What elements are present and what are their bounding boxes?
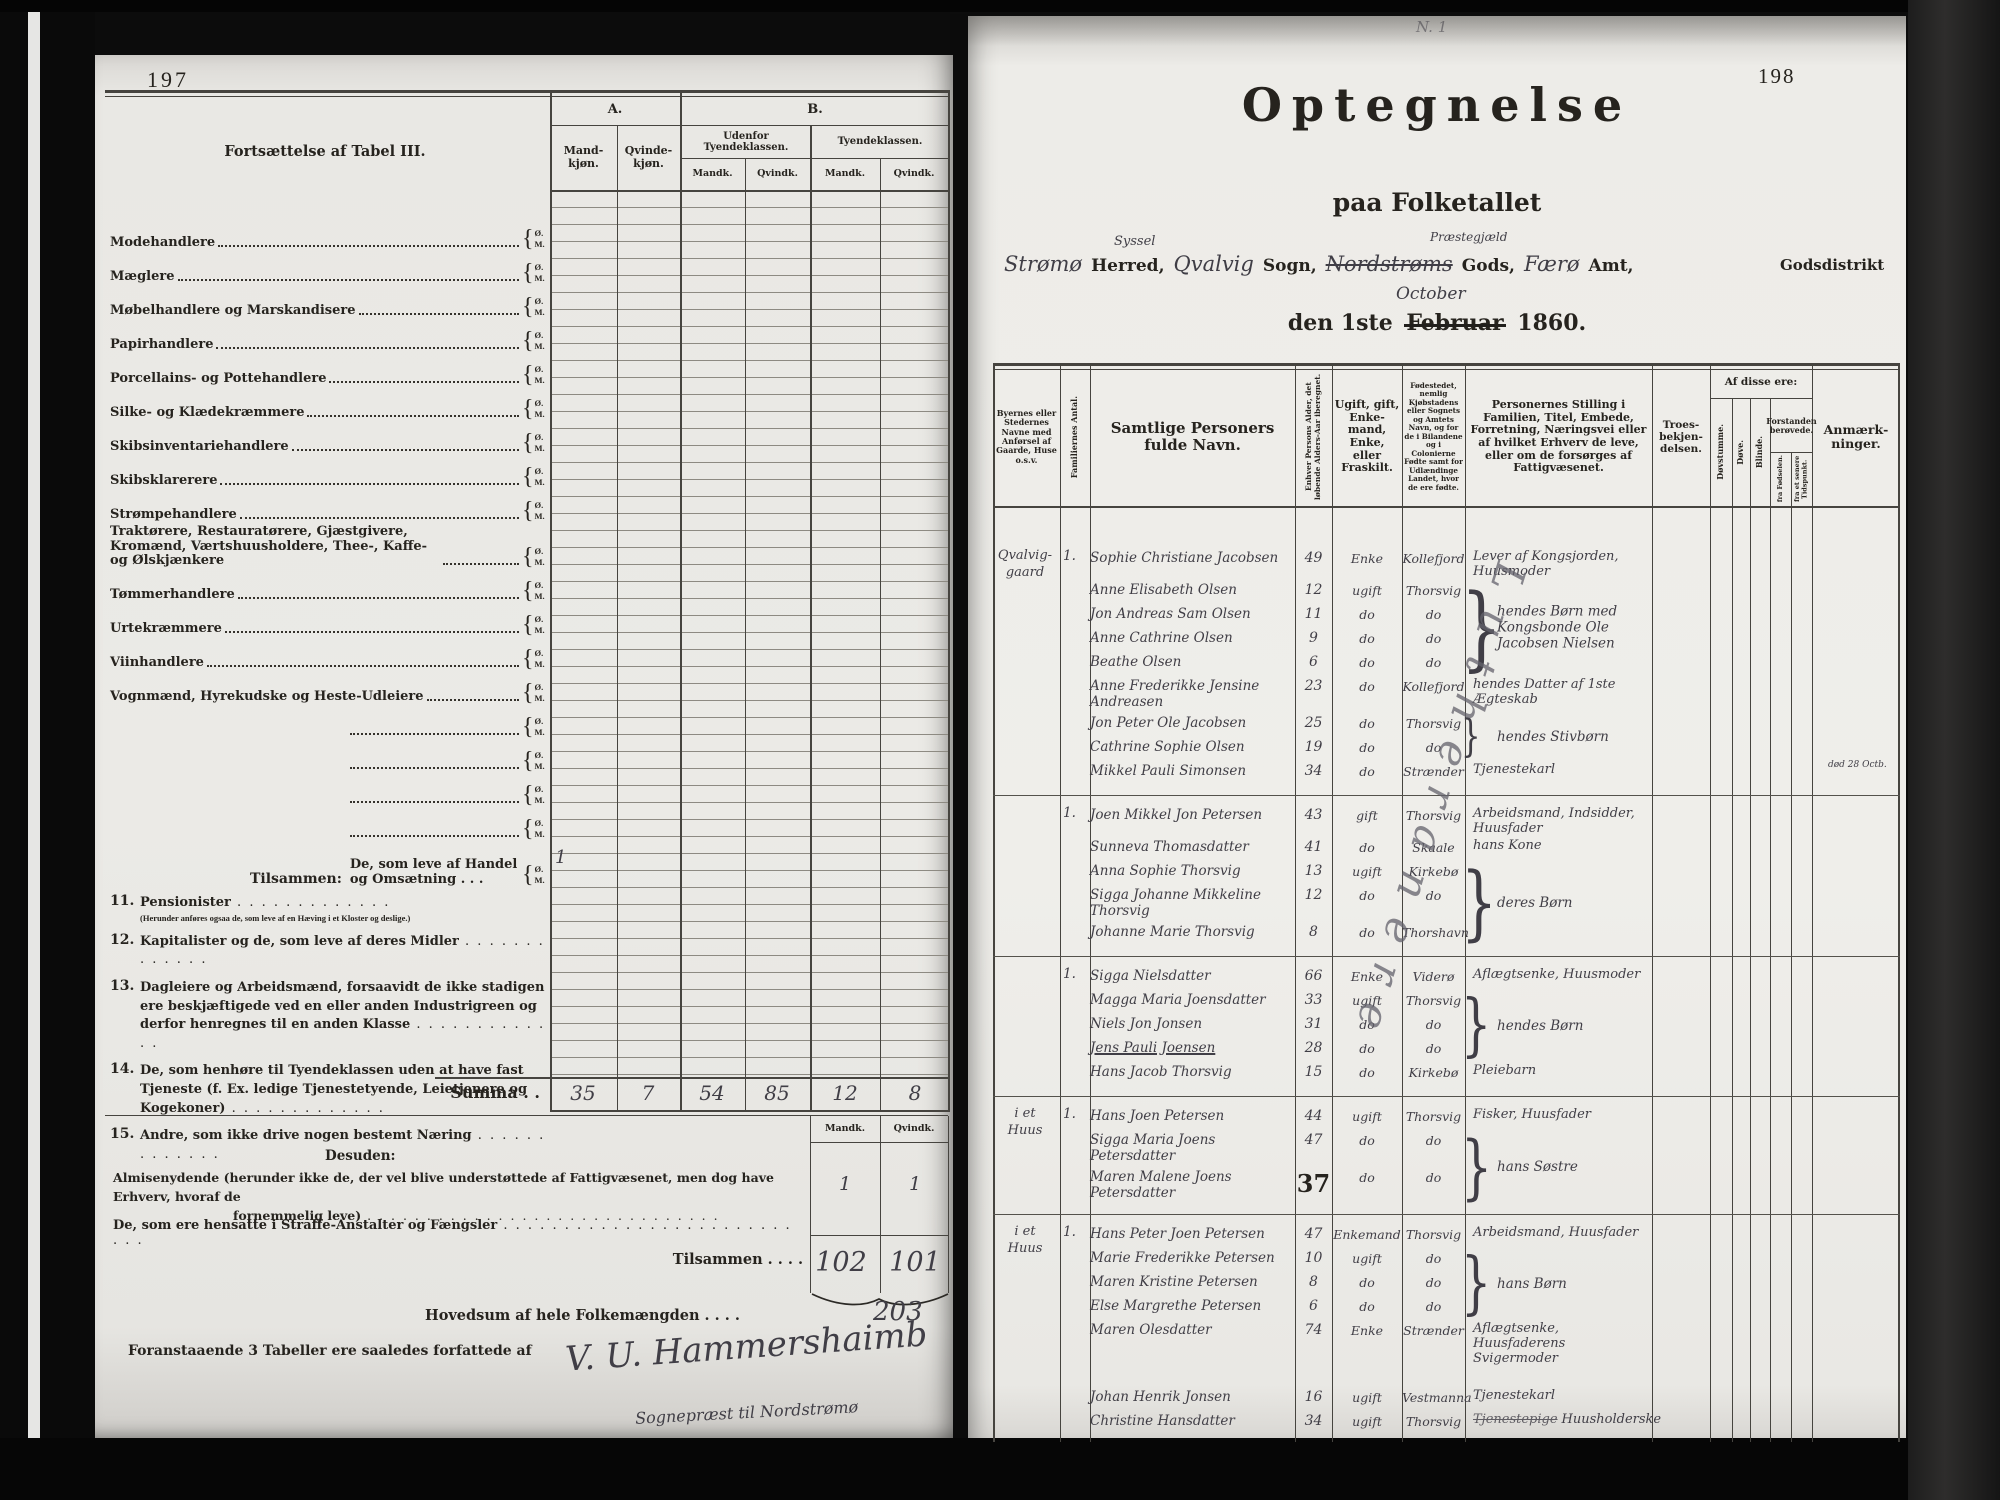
left-page: 197 A. B. Mand- kjøn. Qvinde- kjøn. Uden…	[95, 55, 953, 1438]
date-year: 1860.	[1517, 310, 1586, 336]
census-row: Hans Jacob Thorsvig15doKirkebøPleiebarn	[1090, 1062, 1900, 1086]
brace-glyph: {	[522, 329, 534, 353]
person-position: Tjenestekarl	[1465, 1387, 1652, 1404]
person-position: Fisker, Huusfader	[1465, 1106, 1652, 1123]
item-note: (Herunder anføres ogsaa de, som leve af …	[140, 913, 410, 923]
person-birthplace: Thorsvig	[1402, 1224, 1465, 1242]
col-b-header: B.	[682, 95, 948, 125]
film-strip	[0, 0, 95, 1500]
col-line	[810, 125, 812, 1112]
insane-birth-header-text: fra Fødselen.	[1777, 455, 1785, 502]
trade-row: {Ø.M.	[110, 705, 548, 739]
blind-header-text: Blinde.	[1755, 436, 1764, 468]
straffe-line: De, som ere hensatte i Straffe-Anstalter…	[113, 1218, 803, 1248]
sub-row-label-bottom: M.	[535, 307, 545, 318]
summa-value: 85	[747, 1081, 807, 1105]
person-civil-status: do	[1332, 676, 1402, 694]
person-civil-status: gift	[1332, 805, 1402, 823]
place-column-header: Byernes eller Stedernes Navne med An­før…	[995, 368, 1058, 506]
person-age: 8	[1295, 922, 1332, 940]
person-age: 33	[1295, 990, 1332, 1008]
item-text-wrap: Dagleiere og Arbeidsmænd, forsaavidt de …	[140, 978, 548, 1053]
brace-cell: {Ø.M.	[522, 499, 548, 523]
person-name: Magga Maria Joensdatter	[1090, 990, 1295, 1008]
sub-row-label-top: Ø.	[535, 818, 545, 829]
sub-row-labels: Ø.M.	[535, 818, 545, 839]
sub-row-label-bottom: M.	[535, 477, 545, 488]
date-line: den 1ste Februar 1860.	[968, 310, 1906, 336]
civil-column-header: Ugift, gift, Enke­mand, Enke, eller Fras…	[1334, 368, 1400, 506]
sub-row-label-bottom: M.	[535, 761, 545, 772]
census-row: Marie Frederikke Petersen10ugiftdo	[1090, 1248, 1900, 1272]
brace-cell: {Ø.M.	[522, 817, 548, 841]
trade-row: Skibsinventariehandlere{Ø.M.	[110, 421, 548, 455]
dotted-leader	[238, 597, 519, 599]
trade-row: Strømpehandlere{Ø.M.	[110, 489, 548, 523]
brace-glyph: {	[522, 465, 534, 489]
summa-value: 12	[815, 1081, 875, 1105]
group-bracket-label: hans Børn	[1497, 1276, 1665, 1292]
tilsammen-handwritten-value: 1	[555, 847, 566, 868]
census-row	[1090, 1367, 1900, 1387]
person-age: 34	[1295, 761, 1332, 779]
person-civil-status: ugift	[1332, 1248, 1402, 1266]
brace-glyph: {	[522, 681, 534, 705]
census-row: Joen Mikkel Jon Petersen43giftThorsvigAr…	[1090, 805, 1900, 837]
trade-label: Skibsklarerere	[110, 474, 217, 489]
trade-row: {Ø.M.	[110, 773, 548, 807]
person-birthplace: do	[1402, 1130, 1465, 1148]
remarks-column-header: Anmærk­ninger.	[1814, 368, 1898, 506]
sub-row-labels: Ø.M.	[535, 864, 545, 885]
summa-value: 54	[682, 1081, 742, 1105]
numbered-item: 13.Dagleiere og Arbeidsmænd, forsaavidt …	[110, 978, 548, 1053]
census-row: Else Margrethe Petersen6dodo	[1090, 1296, 1900, 1320]
sub-row-labels: Ø.M.	[535, 262, 545, 283]
item-number: 13.	[110, 978, 140, 1053]
item-number: 12.	[110, 932, 140, 969]
person-age: 47	[1295, 1224, 1332, 1242]
dotted-leader	[350, 733, 519, 735]
tilsammen-mandk-value: 102	[807, 1247, 875, 1278]
familie-count: 1.	[1063, 805, 1087, 821]
person-birthplace: Thorsvig	[1402, 1411, 1465, 1429]
person-age: 12	[1295, 580, 1332, 598]
group-bracket-label: hendes Stivbørn	[1497, 729, 1665, 745]
dotted-leader	[220, 483, 519, 485]
group-bracket-label: deres Børn	[1497, 895, 1665, 911]
scan-border-top	[0, 0, 2000, 12]
person-name: Beathe Olsen	[1090, 652, 1295, 670]
person-name: Sigga Johanne Mikkeline Thorsvig	[1090, 885, 1295, 919]
col-line	[948, 90, 950, 1112]
person-name: Cathrine Sophie Olsen	[1090, 737, 1295, 755]
person-position: Tjenestekarl	[1465, 761, 1652, 778]
place-name-line: i et	[993, 1224, 1057, 1241]
group-bracket-label: hans Søstre	[1497, 1159, 1665, 1175]
dotted-leader	[240, 517, 519, 519]
gods-label: Gods,	[1462, 256, 1515, 276]
born-column-header: Fødestedet, nemlig Kjøbstadens eller Sog…	[1404, 368, 1463, 506]
place-name-line: Huus	[993, 1241, 1057, 1258]
table-top-rule	[993, 363, 1900, 366]
sub-row-label-bottom: M.	[535, 659, 545, 670]
col-udenfor-header: Udenfor Tyendeklassen.	[682, 127, 810, 157]
trade-row: {Ø.M.	[110, 739, 548, 773]
footer-statement: Foranstaaende 3 Tabeller ere saaledes fo…	[128, 1343, 532, 1359]
trade-label: Vognmænd, Hyrekudske og Heste-Udleiere	[110, 690, 424, 705]
col-line	[680, 90, 682, 1112]
scan-border-right	[1908, 0, 2000, 1500]
person-name: Joen Mikkel Jon Petersen	[1090, 805, 1295, 823]
col-line	[745, 158, 746, 1112]
census-entries: Sophie Christiane Jacobsen49EnkeKollefjo…	[993, 506, 1900, 1445]
trade-label: Papirhandlere	[110, 338, 213, 353]
person-birthplace: do	[1402, 1296, 1465, 1314]
syssel-annotation: Syssel	[1114, 234, 1155, 249]
sub-row-label-top: Ø.	[535, 330, 545, 341]
sub-row-label-bottom: M.	[535, 591, 545, 602]
trade-row: Viinhandlere{Ø.M.	[110, 637, 548, 671]
census-row: Maren Kristine Petersen8dodo	[1090, 1272, 1900, 1296]
person-age: 43	[1295, 805, 1332, 823]
trade-row: Tømmerhandlere{Ø.M.	[110, 569, 548, 603]
dotted-leader	[350, 767, 519, 769]
brace-glyph: {	[522, 295, 534, 319]
brace-cell: {Ø.M.	[522, 681, 548, 705]
document-title: Optegnelse	[968, 78, 1906, 132]
item-text: Pensionister	[140, 895, 390, 910]
person-age: 41	[1295, 837, 1332, 855]
group-bracket-label: hendes Børn	[1497, 1018, 1665, 1034]
scanned-census-spread: 197 A. B. Mand- kjøn. Qvinde- kjøn. Uden…	[0, 0, 2000, 1500]
sub-row-label-bottom: M.	[535, 273, 545, 284]
film-strip-highlight	[28, 0, 40, 1500]
familie-count: 1.	[1063, 1106, 1087, 1122]
person-age: 74	[1295, 1320, 1332, 1338]
col-line	[617, 125, 618, 1112]
trade-label: Urtekræmmere	[110, 622, 222, 637]
summa-value: 7	[618, 1081, 678, 1105]
person-position: Arbeidsmand, Indsidder, Huusfader	[1465, 805, 1652, 837]
brace-cell: {Ø.M.	[522, 545, 548, 569]
summa-bottom-rule	[550, 1110, 948, 1112]
person-name: Maren Malene Joens Petersdatter	[1090, 1167, 1295, 1201]
person-name: Jens Pauli Joensen	[1090, 1038, 1295, 1056]
tilsammen-label: Tilsammen:	[250, 871, 342, 887]
census-row: Maren Malene Joens Petersdatter37dodo	[1090, 1167, 1900, 1204]
person-age: 37	[1295, 1167, 1332, 1198]
person-age: 25	[1295, 713, 1332, 731]
sogn-handwritten: Qvalvig	[1174, 252, 1254, 276]
brace-cell: {Ø.M.	[522, 363, 548, 387]
sub-row-label-top: Ø.	[535, 228, 545, 239]
census-row: Magga Maria Joensdatter33ugiftThorsvig	[1090, 990, 1900, 1014]
scan-border-bottom	[0, 1438, 2000, 1500]
person-position	[1465, 1272, 1652, 1274]
item-text-wrap: Pensionister(Herunder anføres ogsaa de, …	[140, 893, 410, 923]
age-column-header-text: Enhver Persons Alder, det løbende Alders…	[1305, 368, 1323, 506]
person-position	[1465, 1296, 1652, 1298]
dotted-leader	[329, 381, 519, 383]
amt-handwritten: Færø	[1524, 252, 1580, 276]
sub-row-labels: Ø.M.	[535, 750, 545, 771]
table-title: Fortsættelse af Tabel III.	[105, 143, 545, 160]
mini-mandk-header: Mandk.	[810, 1117, 880, 1141]
person-age: 8	[1295, 1272, 1332, 1290]
header-line	[550, 190, 948, 192]
sub-row-label-bottom: M.	[535, 239, 545, 250]
ofthese-divider	[1710, 398, 1812, 399]
person-birthplace: Strænder	[1402, 1320, 1465, 1338]
insane-later-header: fra et senere Tidspunkt.	[1792, 454, 1812, 504]
person-name: Sigga Nielsdatter	[1090, 966, 1295, 984]
sub-row-label-top: Ø.	[535, 864, 545, 875]
tilsammen2-label: Tilsammen . . . .	[635, 1251, 803, 1268]
sogn-label: Sogn,	[1263, 256, 1317, 276]
group-bracket: }	[1461, 863, 1485, 944]
place-name-line: Qvalvig-	[993, 548, 1057, 565]
signature-subtitle: Sognepræst til Nordstrømø	[635, 1397, 859, 1428]
person-civil-status: ugift	[1332, 1411, 1402, 1429]
census-row: Sigga Nielsdatter66EnkeViderøAflægtsenke…	[1090, 966, 1900, 990]
trade-row: Porcellains- og Pottehandlere{Ø.M.	[110, 353, 548, 387]
person-name: Hans Jacob Thorsvig	[1090, 1062, 1295, 1080]
person-name: Maren Olesdatter	[1090, 1320, 1295, 1338]
almisse-line: Almisenydende (herunder ikke de, der vel…	[113, 1169, 803, 1225]
position-struck: Tjenestepige	[1473, 1412, 1558, 1427]
sub-row-label-top: Ø.	[535, 750, 545, 761]
trade-label: Modehandlere	[110, 236, 215, 251]
person-civil-status: do	[1332, 652, 1402, 670]
brace-glyph: {	[522, 261, 534, 285]
sub-row-label-top: Ø.	[535, 296, 545, 307]
numbered-item: 12.Kapitalister og de, som leve af deres…	[110, 932, 548, 969]
person-age: 28	[1295, 1038, 1332, 1056]
familie-count: 1.	[1063, 966, 1087, 982]
person-name: Jon Andreas Sam Olsen	[1090, 604, 1295, 622]
person-birthplace: do	[1402, 1038, 1465, 1056]
ofthese-header: Af disse ere:	[1710, 368, 1812, 396]
dotted-leader	[178, 279, 520, 281]
sub-row-labels: Ø.M.	[535, 546, 545, 567]
trade-label: Viinhandlere	[110, 656, 204, 671]
sub-row-labels: Ø.M.	[535, 682, 545, 703]
person-name: Mikkel Pauli Simonsen	[1090, 761, 1295, 779]
sub-row-label-bottom: M.	[535, 375, 545, 386]
sub-row-label-top: Ø.	[535, 614, 545, 625]
sub-row-label-top: Ø.	[535, 432, 545, 443]
brace-cell: {Ø.M.	[522, 579, 548, 603]
sub-row-label-bottom: M.	[535, 829, 545, 840]
insane-birth-header: fra Fødselen.	[1771, 454, 1791, 504]
person-age: 66	[1295, 966, 1332, 984]
sub-row-labels: Ø.M.	[535, 432, 545, 453]
sub-row-label-top: Ø.	[535, 648, 545, 659]
person-civil-status: do	[1332, 761, 1402, 779]
person-name: Christine Hansdatter	[1090, 1411, 1295, 1429]
person-name: Marie Frederikke Petersen	[1090, 1248, 1295, 1266]
person-age: 12	[1295, 885, 1332, 903]
sub-row-labels: Ø.M.	[535, 648, 545, 669]
mini-header-line	[810, 1142, 949, 1143]
person-age: 15	[1295, 1062, 1332, 1080]
deaf-header: Døve.	[1732, 400, 1750, 504]
person-civil-status: Enke	[1332, 1320, 1402, 1338]
col-mandk-header: Mandk.	[682, 159, 743, 189]
person-name: Sigga Maria Joens Petersdatter	[1090, 1130, 1295, 1164]
margin-remark: død 28 Octb.	[1828, 760, 1894, 772]
col-line	[550, 90, 552, 1112]
familie-count: 1.	[1063, 548, 1087, 564]
sub-row-labels: Ø.M.	[535, 614, 545, 635]
person-age: 31	[1295, 1014, 1332, 1032]
tilsammen-qvindk-value: 101	[881, 1247, 949, 1278]
header-line	[550, 125, 948, 126]
numbered-item: 11.Pensionister(Herunder anføres ogsaa d…	[110, 893, 548, 923]
brace-cell: {Ø.M.	[522, 397, 548, 421]
location-line: Strømø Herred, Qvalvig Sogn, Nordstrøms …	[1004, 252, 1644, 276]
sub-row-label-top: Ø.	[535, 500, 545, 511]
brace-glyph: {	[522, 397, 534, 421]
trade-row: Silke- og Klædekræmmere{Ø.M.	[110, 387, 548, 421]
person-age: 49	[1295, 548, 1332, 566]
brace-glyph: {	[522, 863, 534, 887]
census-row: Sigga Maria Joens Petersdatter47dodo	[1090, 1130, 1900, 1167]
sub-row-labels: Ø.M.	[535, 716, 545, 737]
left-page-number: 197	[147, 67, 189, 93]
sub-row-label-top: Ø.	[535, 716, 545, 727]
dotted-leader	[359, 313, 519, 315]
brace-glyph: {	[522, 647, 534, 671]
place-name: i etHuus	[993, 1224, 1057, 1258]
brace-cell: {Ø.M.	[522, 329, 548, 353]
trade-row: Papirhandlere{Ø.M.	[110, 319, 548, 353]
person-birthplace: do	[1402, 1272, 1465, 1290]
trade-label: Porcellains- og Pottehandlere	[110, 372, 326, 387]
item-number: 11.	[110, 893, 140, 923]
sub-row-label-bottom: M.	[535, 443, 545, 454]
sub-row-label-bottom: M.	[535, 727, 545, 738]
signature: V. U. Hammershaimb	[564, 1314, 929, 1379]
sub-row-label-bottom: M.	[535, 409, 545, 420]
brace-glyph: {	[522, 579, 534, 603]
trade-label: Skibsinventariehandlere	[110, 440, 289, 455]
group-bracket: }	[1461, 992, 1485, 1060]
person-age: 6	[1295, 652, 1332, 670]
person-civil-status: do	[1332, 628, 1402, 646]
insane-later-header-text: fra et senere Tidspunkt.	[1794, 454, 1809, 504]
tilsammen-text: De, som leve af Handel og Omsætning . . …	[350, 857, 518, 887]
census-group: Sigga Nielsdatter66EnkeViderøAflægtsenke…	[993, 956, 1900, 1096]
person-position: hans Kone	[1465, 837, 1652, 854]
place-name-line: gaard	[993, 565, 1057, 582]
date-prefix: den 1ste	[1288, 310, 1393, 336]
person-position: Pleiebarn	[1465, 1062, 1652, 1079]
person-age: 16	[1295, 1387, 1332, 1405]
census-row: Jens Pauli Joensen28dodo	[1090, 1038, 1900, 1062]
person-birthplace: do	[1402, 628, 1465, 646]
summa-label: Summa . .	[435, 1083, 540, 1102]
trade-label: Mæglere	[110, 270, 175, 285]
mini-mid-line	[810, 1235, 949, 1236]
brace-glyph: {	[522, 715, 534, 739]
document-subtitle: paa Folketallet	[968, 188, 1906, 217]
item-text-wrap: Kapitalister og de, som leve af deres Mi…	[140, 932, 548, 969]
sub-row-label-bottom: M.	[535, 341, 545, 352]
name-column-header: Samtlige Personers fulde Navn.	[1092, 368, 1293, 506]
person-age: 13	[1295, 861, 1332, 879]
person-position: Aflægtsenke, Huusmoder	[1465, 966, 1652, 983]
trade-label: Silke- og Klædekræmmere	[110, 406, 304, 421]
person-position	[1465, 713, 1652, 715]
person-age: 11	[1295, 604, 1332, 622]
hovedsum-label: Hovedsum af hele Folkemængden . . . .	[425, 1307, 865, 1324]
familie-column-header: Familiernes Antal.	[1061, 368, 1089, 506]
census-row: Hans Joen Petersen44ugiftThorsvigFisker,…	[1090, 1106, 1900, 1130]
trades-list: Modehandlere{Ø.M.Mæglere{Ø.M.Møbelhandle…	[110, 217, 548, 887]
person-position	[1465, 1130, 1652, 1132]
brace-cell: {Ø.M.	[522, 863, 548, 887]
item-text: Kapitalister og de, som leve af deres Mi…	[140, 934, 545, 968]
group-bracket: }	[1461, 1250, 1485, 1318]
desuden-title: Desuden:	[325, 1148, 396, 1164]
dotted-leader	[427, 699, 519, 701]
brace-glyph: {	[522, 613, 534, 637]
sub-row-labels: Ø.M.	[535, 296, 545, 317]
corner-note: N. 1	[1416, 18, 1447, 36]
sub-row-labels: Ø.M.	[535, 500, 545, 521]
person-birthplace: do	[1402, 1167, 1465, 1185]
trade-row: Vognmænd, Hyrekudske og Heste-Udleiere{Ø…	[110, 671, 548, 705]
person-name: Anna Sophie Thorsvig	[1090, 861, 1295, 879]
census-row: Johan Henrik Jonsen16ugiftVestmannaTjene…	[1090, 1387, 1900, 1411]
brace-cell: {Ø.M.	[522, 431, 548, 455]
person-birthplace: Kirkebø	[1402, 1062, 1465, 1080]
person-age: 23	[1295, 676, 1332, 694]
sub-row-labels: Ø.M.	[535, 398, 545, 419]
sub-row-label-top: Ø.	[535, 682, 545, 693]
dotted-leader	[225, 631, 519, 633]
sub-row-label-top: Ø.	[535, 546, 545, 557]
sub-row-label-top: Ø.	[535, 364, 545, 375]
sub-row-label-top: Ø.	[535, 580, 545, 591]
trade-label: Møbelhandlere og Marskandisere	[110, 304, 356, 319]
brace-cell: {Ø.M.	[522, 261, 548, 285]
dotted-leader	[350, 801, 519, 803]
person-birthplace: Thorsvig	[1402, 580, 1465, 598]
brace-glyph: {	[522, 783, 534, 807]
brace-glyph: {	[522, 499, 534, 523]
october-annotation: October	[1396, 284, 1466, 304]
summa-value: 35	[553, 1081, 613, 1105]
brace-cell: {Ø.M.	[522, 227, 548, 251]
sub-row-label-top: Ø.	[535, 784, 545, 795]
person-civil-status: do	[1332, 737, 1402, 755]
mini-qvindk-header: Qvindk.	[880, 1117, 948, 1141]
almisse-mandk-value: 1	[811, 1173, 879, 1195]
deafmute-header: Døvstumme.	[1710, 400, 1732, 504]
brace-glyph: {	[522, 227, 534, 251]
person-name: Johan Henrik Jonsen	[1090, 1387, 1295, 1405]
col-qvindk-header: Qvindk.	[747, 159, 808, 189]
trade-label: Traktørere, Restauratørere, Gjæstgivere,…	[110, 525, 440, 569]
sub-row-label-bottom: M.	[535, 511, 545, 522]
person-civil-status: do	[1332, 1272, 1402, 1290]
trade-label: Tømmerhandlere	[110, 588, 235, 603]
sub-row-label-top: Ø.	[535, 466, 545, 477]
sub-row-label-top: Ø.	[535, 398, 545, 409]
